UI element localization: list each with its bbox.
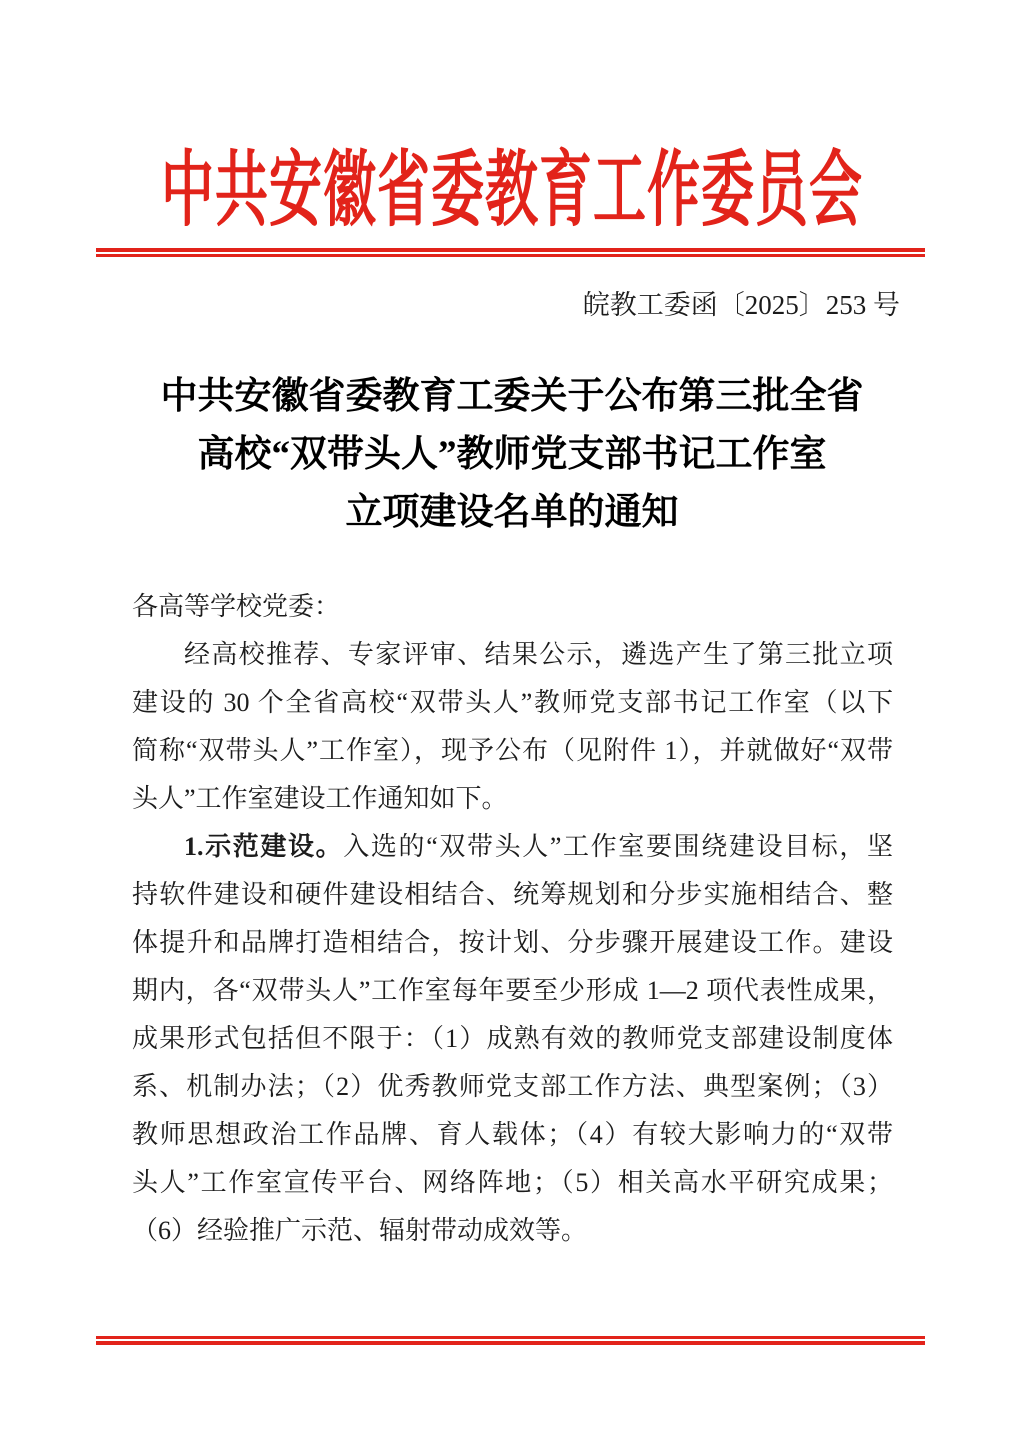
salutation: 各高等学校党委： (132, 583, 893, 631)
notice-title-line-1: 中共安徽省委教育工委关于公布第三批全省 (0, 368, 1024, 426)
para1-line: 经高校推荐、专家评审、结果公示，遴选产生了第三批立项 (132, 631, 893, 679)
para2-lead-rest: 入选的“双带头人”工作室要围绕建设目标，坚 (343, 832, 893, 861)
doc-number: 皖教工委函〔2025〕253 号 (583, 283, 900, 322)
para1-line: 建设的 30 个全省高校“双带头人”教师党支部书记工作室（以下 (132, 679, 893, 727)
top-rule-thin-bar (96, 254, 925, 257)
para2-line: 教师思想政治工作品牌、育人载体；（4）有较大影响力的“双带 (132, 1111, 893, 1159)
para2-line: 体提升和品牌打造相结合，按计划、分步骤开展建设工作。建设 (132, 919, 893, 967)
bottom-divider-rule (96, 1336, 925, 1345)
para2-bold-lead: 1.示范建设。 (184, 832, 343, 861)
letterhead: 中共安徽省委教育工作委员会 (0, 136, 1024, 232)
notice-title-line-2: 高校“双带头人”教师党支部书记工作室 (0, 426, 1024, 484)
notice-title: 中共安徽省委教育工委关于公布第三批全省 高校“双带头人”教师党支部书记工作室 立… (0, 368, 1024, 542)
body-text: 各高等学校党委： 经高校推荐、专家评审、结果公示，遴选产生了第三批立项 建设的 … (132, 583, 893, 1255)
notice-title-line-3: 立项建设名单的通知 (0, 484, 1024, 542)
para2-line: 成果形式包括但不限于：（1）成熟有效的教师党支部建设制度体 (132, 1015, 893, 1063)
bottom-rule-thick-bar (96, 1341, 925, 1345)
para1-line: 头人”工作室建设工作通知如下。 (132, 775, 893, 823)
para2-line: 1.示范建设。入选的“双带头人”工作室要围绕建设目标，坚 (132, 823, 893, 871)
para2-line: 头人”工作室宣传平台、网络阵地；（5）相关高水平研究成果； (132, 1159, 893, 1207)
para2-line: 期内，各“双带头人”工作室每年要至少形成 1—2 项代表性成果， (132, 967, 893, 1015)
para1-line: 简称“双带头人”工作室），现予公布（见附件 1），并就做好“双带 (132, 727, 893, 775)
letterhead-title: 中共安徽省委教育工作委员会 (161, 125, 863, 243)
para2-line: 持软件建设和硬件建设相结合、统筹规划和分步实施相结合、整 (132, 871, 893, 919)
top-divider-rule (96, 248, 925, 257)
para2-line: 系、机制办法；（2）优秀教师党支部工作方法、典型案例；（3） (132, 1063, 893, 1111)
document-page: 中共安徽省委教育工作委员会 皖教工委函〔2025〕253 号 中共安徽省委教育工… (0, 0, 1024, 1448)
para2-line: （6）经验推广示范、辐射带动成效等。 (132, 1207, 893, 1255)
